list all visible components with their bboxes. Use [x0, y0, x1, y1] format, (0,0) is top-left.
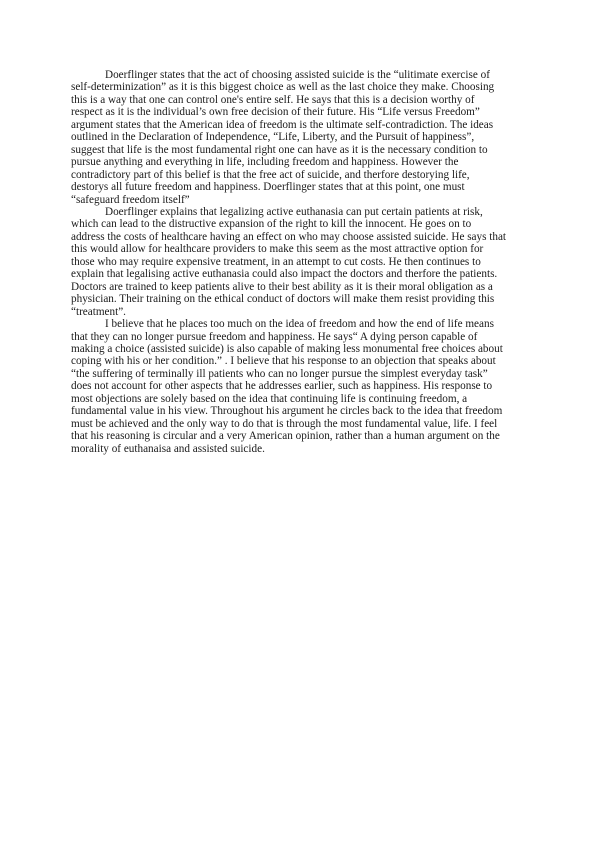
- text-line: must be achieved and the only way to do …: [71, 418, 521, 430]
- text-line: pursue anything and everything in life, …: [71, 156, 521, 168]
- text-line: does not account for other aspects that …: [71, 380, 521, 392]
- text-line: outlined in the Declaration of Independe…: [71, 131, 521, 143]
- text-line: which can lead to the distructive expans…: [71, 218, 521, 230]
- text-line: Doctors are trained to keep patients ali…: [71, 281, 521, 293]
- text-line: physician. Their training on the ethical…: [71, 293, 521, 305]
- text-line: address the costs of healthcare having a…: [71, 231, 521, 243]
- text-line: morality of euthanaisa and assisted suic…: [71, 443, 521, 455]
- text-line: self-determinization” as it is this bigg…: [71, 81, 521, 93]
- text-line: most objections are solely based on the …: [71, 393, 521, 405]
- document-body: Doerflinger states that the act of choos…: [71, 69, 521, 455]
- text-line: fundamental value in his view. Throughou…: [71, 405, 521, 417]
- text-line: Doerflinger states that the act of choos…: [71, 69, 521, 81]
- text-line: coping with his or her condition.” . I b…: [71, 355, 521, 367]
- text-line: “treatment”.: [71, 306, 521, 318]
- document-page: Doerflinger states that the act of choos…: [0, 0, 595, 842]
- text-line: explain that legalising active euthanasi…: [71, 268, 521, 280]
- text-line: respect as it is the individual’s own fr…: [71, 106, 521, 118]
- paragraph-2: Doerflinger explains that legalizing act…: [71, 206, 521, 318]
- text-line: “safeguard freedom itself”: [71, 194, 521, 206]
- text-line: argument states that the American idea o…: [71, 119, 521, 131]
- text-line: that they can no longer pursue freedom a…: [71, 331, 521, 343]
- text-line: contradictory part of this belief is tha…: [71, 169, 521, 181]
- paragraph-1: Doerflinger states that the act of choos…: [71, 69, 521, 206]
- text-line: I believe that he places too much on the…: [71, 318, 521, 330]
- text-line: those who may require expensive treatmen…: [71, 256, 521, 268]
- text-line: destorys all future freedom and happines…: [71, 181, 521, 193]
- text-line: this is a way that one can control one's…: [71, 94, 521, 106]
- text-line: making a choice (assisted suicide) is al…: [71, 343, 521, 355]
- text-line: “the suffering of terminally ill patient…: [71, 368, 521, 380]
- text-line: Doerflinger explains that legalizing act…: [71, 206, 521, 218]
- paragraph-3: I believe that he places too much on the…: [71, 318, 521, 455]
- text-line: suggest that life is the most fundamenta…: [71, 144, 521, 156]
- text-line: that his reasoning is circular and a ver…: [71, 430, 521, 442]
- text-line: this would allow for healthcare provider…: [71, 243, 521, 255]
